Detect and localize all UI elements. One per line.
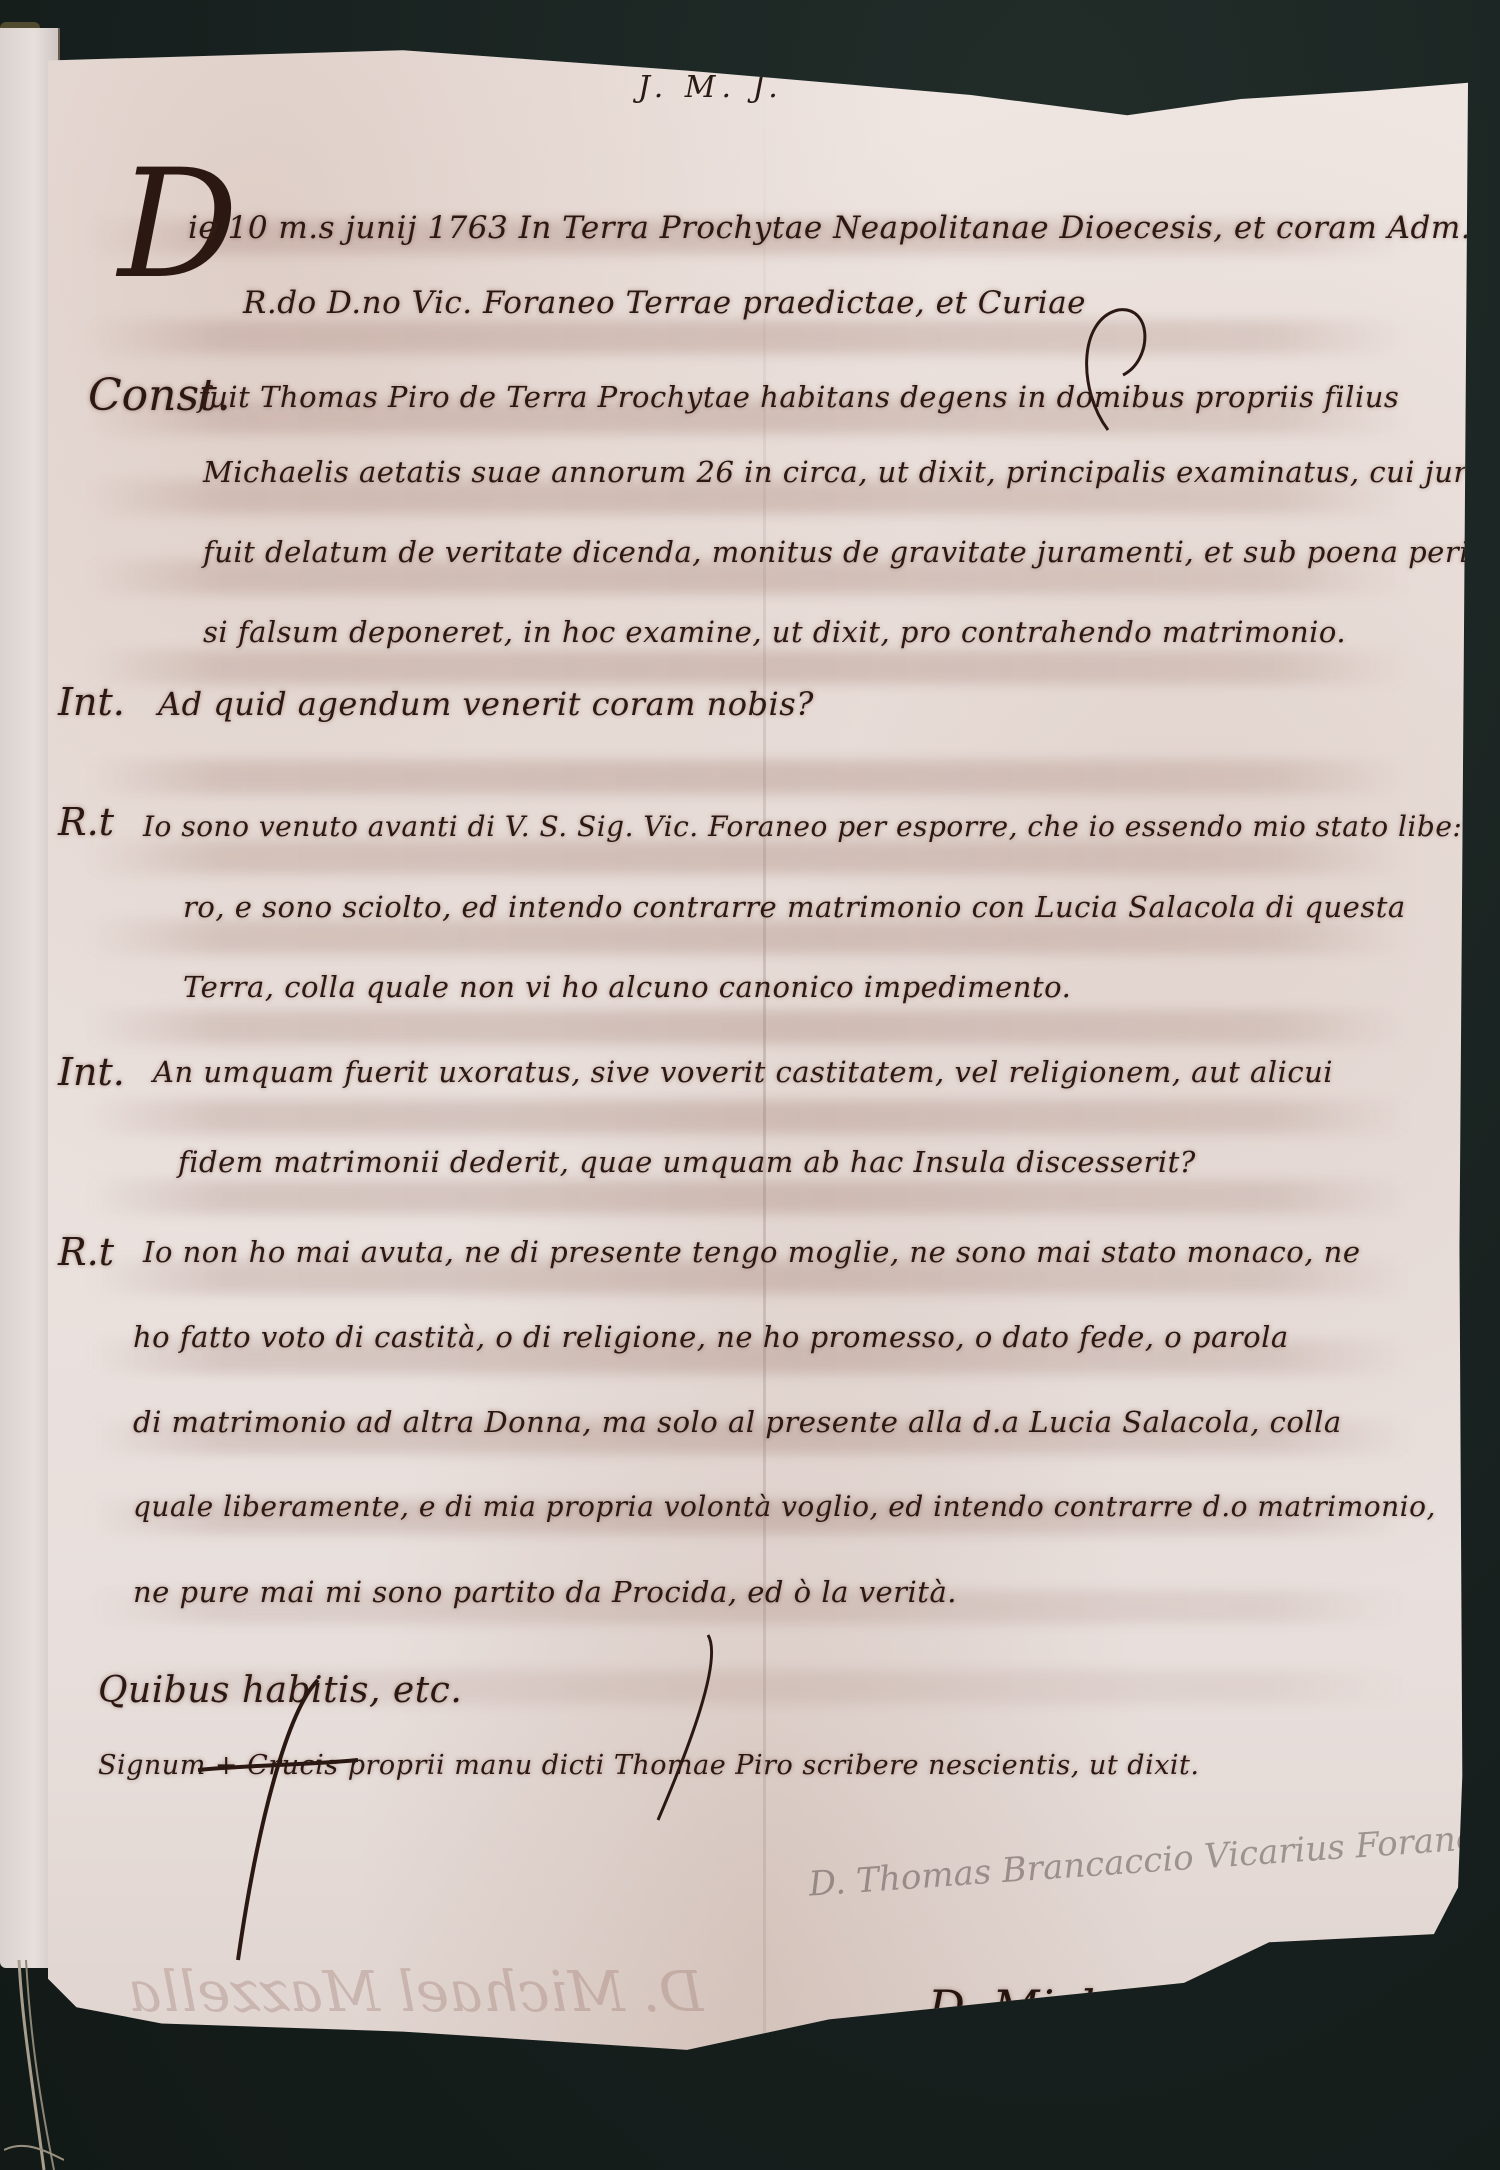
manuscript-page: J. M. J. D ie 10 m.s junij 1763 In Terra… — [48, 30, 1468, 2060]
ink-bleed-band — [88, 320, 1408, 354]
marginal-note: Int. — [58, 680, 125, 724]
text-line: Terra, colla quale non vi ho alcuno cano… — [183, 970, 1071, 1004]
text-line: fidem matrimonii dederit, quae umquam ab… — [178, 1145, 1196, 1179]
closing-line-2: Signum + Crucis proprii manu dicti Thoma… — [98, 1750, 1200, 1781]
faint-witness-signature: D. Thomas Brancaccio Vicarius Foraneus — [807, 1815, 1500, 1904]
text-line: fuit Thomas Piro de Terra Prochytae habi… — [198, 380, 1399, 414]
marginal-note: R.t — [58, 800, 114, 844]
text-line: Ad quid agendum venerit coram nobis? — [158, 685, 814, 723]
ink-bleed-band — [88, 760, 1408, 794]
closing-line-1: Quibus habitis, etc. — [98, 1670, 462, 1711]
ink-bleed-band — [88, 920, 1408, 954]
ink-bleed-band — [88, 650, 1408, 684]
cross-mark-icon — [198, 1670, 358, 1970]
binding-string — [4, 1960, 64, 2170]
opening-line-2: R.do D.no Vic. Foraneo Terrae praedictae… — [243, 285, 1086, 321]
ink-bleed-band — [88, 1010, 1408, 1044]
text-line: si falsum deponeret, in hoc examine, ut … — [203, 615, 1346, 649]
ink-bleed-band — [88, 1100, 1408, 1134]
text-line: Io non ho mai avuta, ne di presente teng… — [143, 1235, 1361, 1269]
text-line: An umquam fuerit uxoratus, sive voverit … — [153, 1055, 1333, 1089]
text-line: quale liberamente, e di mia propria volo… — [133, 1490, 1436, 1523]
text-line: ro, e sono sciolto, ed intendo contrarre… — [183, 890, 1406, 924]
text-line: ho fatto voto di castità, o di religione… — [133, 1320, 1289, 1354]
opening-line-1: ie 10 m.s junij 1763 In Terra Prochytae … — [188, 210, 1471, 246]
marginal-note: Int. — [58, 1050, 125, 1094]
text-line: Michaelis aetatis suae annorum 26 in cir… — [203, 455, 1500, 489]
marginal-note: R.t — [58, 1230, 114, 1274]
text-line: Io sono venuto avanti di V. S. Sig. Vic.… — [143, 810, 1462, 843]
text-line: di matrimonio ad altra Donna, ma solo al… — [133, 1405, 1342, 1439]
bleed-through-signature: D. Michael Mazzella — [128, 1960, 704, 2025]
text-line: fuit delatum de veritate dicenda, monitu… — [203, 535, 1500, 569]
flourish-ascender — [648, 1630, 728, 1830]
ink-bleed-band — [88, 1180, 1408, 1214]
text-line: ne pure mai mi sono partito da Procida, … — [133, 1575, 957, 1609]
ink-bleed-band — [88, 840, 1408, 874]
